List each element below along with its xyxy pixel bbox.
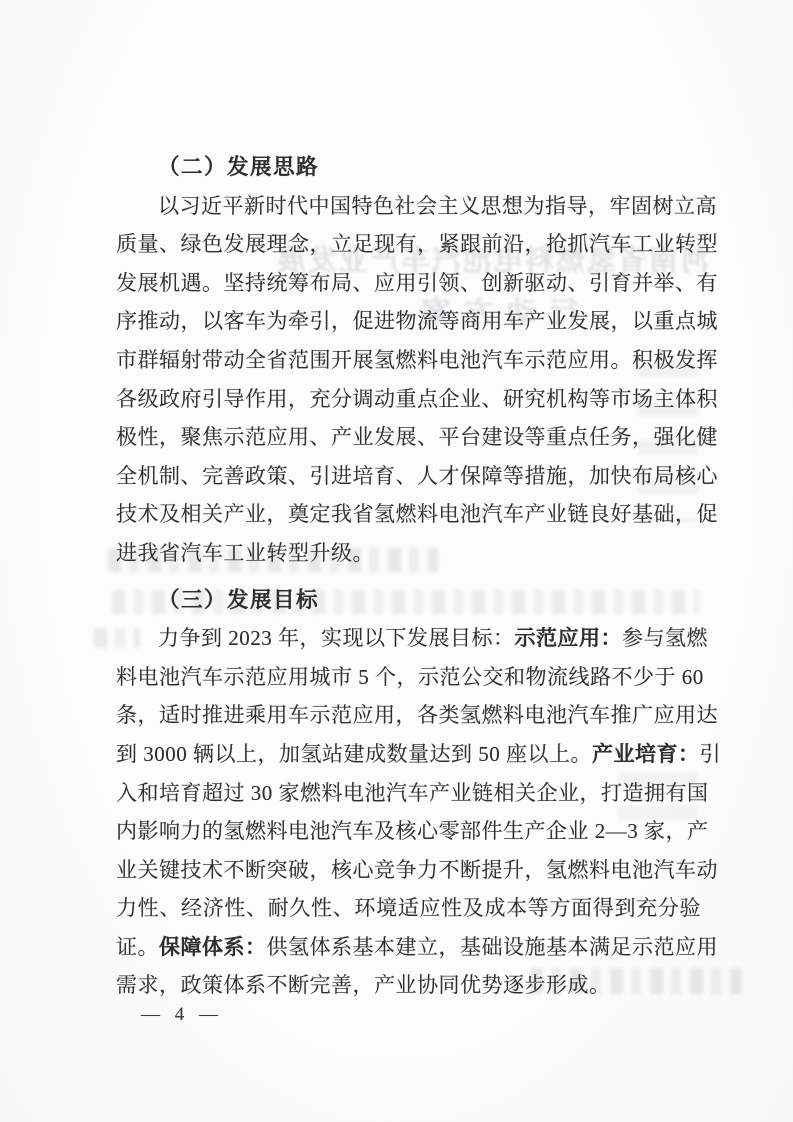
text-segment: 技术及相关产业，奠定我省氢燃料电池汽车产业链良好基础，促: [116, 502, 718, 526]
text-segment: 全机制、完善政策、引进培育、人才保障等措施，加快布局核心: [116, 464, 718, 488]
text-segment: 入和培育超过 30 家燃料电池汽车产业链相关企业，打造拥有国: [116, 781, 709, 805]
text-line: 进我省汽车工业转型升级。: [116, 534, 701, 573]
text-segment: 参与氢燃: [622, 626, 708, 650]
text-line: 极性，聚焦示范应用、产业发展、平台建设等重点任务，强化健: [116, 418, 701, 457]
text-segment: 业关键技术不断突破，核心竞争力不断提升，氢燃料电池汽车动: [116, 858, 718, 882]
text-segment: 力争到 2023 年，实现以下发展目标：: [158, 626, 515, 650]
text-line: 以习近平新时代中国特色社会主义思想为指导，牢固树立高: [116, 187, 701, 226]
text-line: 力性、经济性、耐久性、环境适应性及成本等方面得到充分验: [116, 889, 701, 928]
text-line: 市群辐射带动全省范围开展氢燃料电池汽车示范应用。积极发挥: [116, 341, 701, 380]
text-segment: 序推动，以客车为牵引，促进物流等商用车产业发展，以重点城: [116, 309, 718, 333]
emphasis-text: 产业培育：: [592, 742, 700, 766]
text-line: 需求，政策体系不断完善，产业协同优势逐步形成。: [116, 966, 701, 1005]
text-segment: 发展机遇。坚持统筹布局、应用引领、创新驱动、引育并举、有: [116, 271, 718, 295]
text-segment: 市群辐射带动全省范围开展氢燃料电池汽车示范应用。积极发挥: [116, 348, 718, 372]
text-line: 各级政府引导作用，充分调动重点企业、研究机构等市场主体积: [116, 380, 701, 419]
emphasis-text: 示范应用：: [515, 626, 623, 650]
text-segment: 证。: [116, 935, 159, 959]
document-page: 河南省氢燃料电池汽车产业发展 行动方案 （二）发展思路以习近平新时代中国特色社会…: [0, 0, 793, 1122]
text-line: 证。保障体系：供氢体系基本建立，基础设施基本满足示范应用: [116, 928, 701, 967]
text-segment: 供氢体系基本建立，基础设施基本满足示范应用: [267, 935, 719, 959]
text-segment: 力性、经济性、耐久性、环境适应性及成本等方面得到充分验: [116, 896, 701, 920]
text-segment: 需求，政策体系不断完善，产业协同优势逐步形成。: [116, 973, 611, 997]
text-line: 质量、绿色发展理念，立足现有，紧跟前沿，抢抓汽车工业转型: [116, 225, 701, 264]
text-line: 序推动，以客车为牵引，促进物流等商用车产业发展，以重点城: [116, 302, 701, 341]
text-line: 力争到 2023 年，实现以下发展目标：示范应用：参与氢燃: [116, 619, 701, 658]
text-segment: 各级政府引导作用，充分调动重点企业、研究机构等市场主体积: [116, 387, 718, 411]
text-line: 全机制、完善政策、引进培育、人才保障等措施，加快布局核心: [116, 457, 701, 496]
text-line: 技术及相关产业，奠定我省氢燃料电池汽车产业链良好基础，促: [116, 495, 701, 534]
text-segment: 以习近平新时代中国特色社会主义思想为指导，牢固树立高: [158, 194, 717, 218]
document-content: （二）发展思路以习近平新时代中国特色社会主义思想为指导，牢固树立高质量、绿色发展…: [116, 148, 701, 1005]
page-number: — 4 —: [141, 1004, 223, 1026]
text-segment: 进我省汽车工业转型升级。: [116, 541, 374, 565]
text-segment: 质量、绿色发展理念，立足现有，紧跟前沿，抢抓汽车工业转型: [116, 232, 718, 256]
text-line: 条，适时推进乘用车示范应用，各类氢燃料电池汽车推广应用达: [116, 696, 701, 735]
section-heading: （二）发展思路: [116, 148, 701, 187]
text-line: 内影响力的氢燃料电池汽车及核心零部件生产企业 2—3 家，产: [116, 812, 701, 851]
text-segment: 内影响力的氢燃料电池汽车及核心零部件生产企业 2—3 家，产: [116, 819, 709, 843]
emphasis-text: 保障体系：: [159, 935, 267, 959]
text-segment: 引: [700, 742, 722, 766]
text-line: 料电池汽车示范应用城市 5 个，示范公交和物流线路不少于 60: [116, 658, 701, 697]
text-line: 发展机遇。坚持统筹布局、应用引领、创新驱动、引育并举、有: [116, 264, 701, 303]
text-segment: 极性，聚焦示范应用、产业发展、平台建设等重点任务，强化健: [116, 425, 718, 449]
text-line: 入和培育超过 30 家燃料电池汽车产业链相关企业，打造拥有国: [116, 774, 701, 813]
text-line: 业关键技术不断突破，核心竞争力不断提升，氢燃料电池汽车动: [116, 851, 701, 890]
text-line: 到 3000 辆以上，加氢站建成数量达到 50 座以上。产业培育：引: [116, 735, 701, 774]
section-heading: （三）发展目标: [116, 581, 701, 620]
text-segment: 到 3000 辆以上，加氢站建成数量达到 50 座以上。: [116, 742, 592, 766]
text-segment: 料电池汽车示范应用城市 5 个，示范公交和物流线路不少于 60: [116, 665, 704, 689]
text-segment: 条，适时推进乘用车示范应用，各类氢燃料电池汽车推广应用达: [116, 703, 718, 727]
